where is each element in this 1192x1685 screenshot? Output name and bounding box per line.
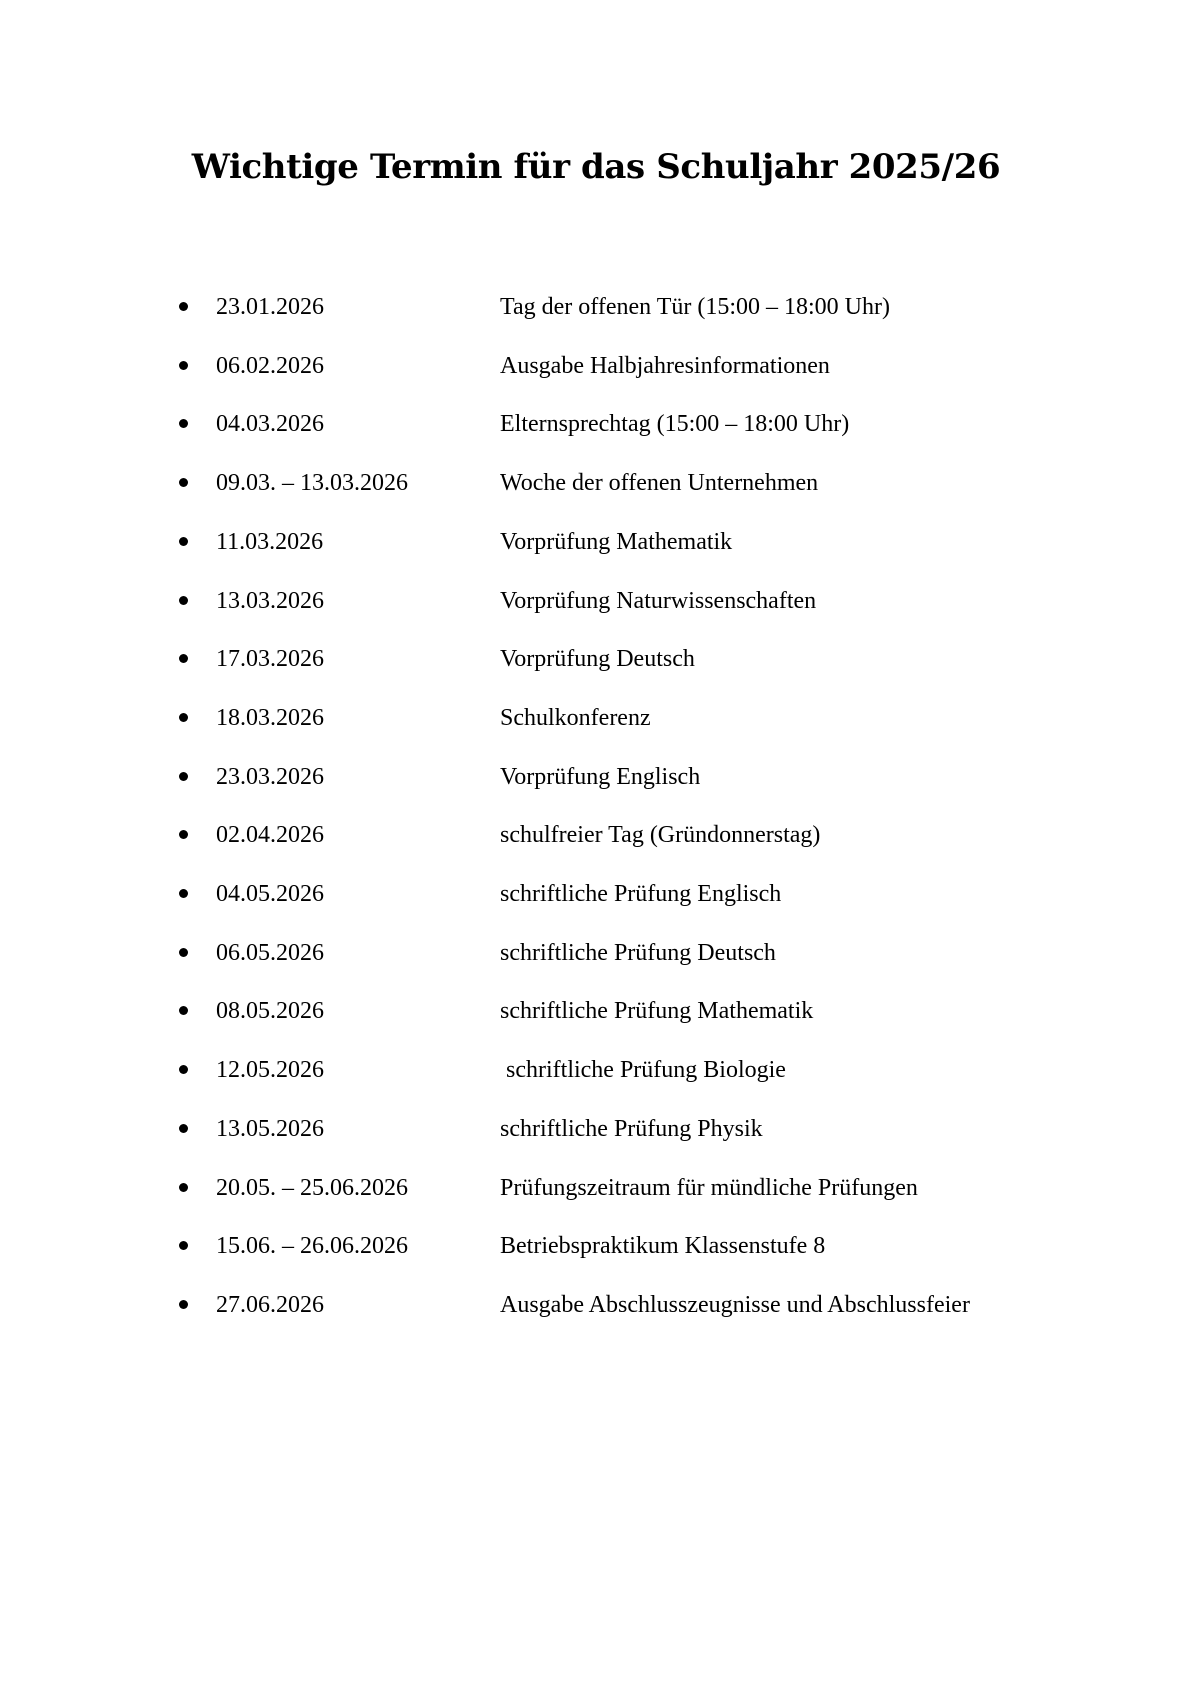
event-date: 04.03.2026 [216,404,324,444]
document-page: Wichtige Termin für das Schuljahr 2025/2… [0,0,1192,1685]
event-date: 04.05.2026 [216,874,324,914]
event-description: Prüfungszeitraum für mündliche Prüfungen [500,1168,918,1208]
event-description: Schulkonferenz [500,698,651,738]
event-date: 17.03.2026 [216,639,324,679]
event-item: 11.03.2026 Vorprüfung Mathematik [0,522,1192,562]
event-item: 04.03.2026 Elternsprechtag (15:00 – 18:0… [0,404,1192,444]
event-description: schriftliche Prüfung Biologie [500,1050,786,1090]
page-title: Wichtige Termin für das Schuljahr 2025/2… [0,143,1192,191]
event-item: 12.05.2026 schriftliche Prüfung Biologie [0,1050,1192,1090]
event-item: 18.03.2026 Schulkonferenz [0,698,1192,738]
event-description: Vorprüfung Mathematik [500,522,732,562]
event-date: 18.03.2026 [216,698,324,738]
event-description: Ausgabe Halbjahresinformationen [500,346,830,386]
event-description: schriftliche Prüfung Physik [500,1109,763,1149]
event-item: 27.06.2026 Ausgabe Abschlusszeugnisse un… [0,1285,1192,1325]
event-description: Woche der offenen Unternehmen [500,463,818,503]
event-date: 09.03. – 13.03.2026 [216,463,408,503]
event-description: Vorprüfung Englisch [500,757,700,797]
event-description: Vorprüfung Deutsch [500,639,695,679]
event-description: schriftliche Prüfung Englisch [500,874,781,914]
event-date: 27.06.2026 [216,1285,324,1325]
event-item: 23.03.2026 Vorprüfung Englisch [0,757,1192,797]
event-description: schulfreier Tag (Gründonnerstag) [500,815,820,855]
event-description: Elternsprechtag (15:00 – 18:00 Uhr) [500,404,849,444]
event-date: 11.03.2026 [216,522,323,562]
event-description: schriftliche Prüfung Deutsch [500,933,776,973]
event-date: 20.05. – 25.06.2026 [216,1168,408,1208]
event-date: 06.02.2026 [216,346,324,386]
event-item: 15.06. – 26.06.2026 Betriebspraktikum Kl… [0,1226,1192,1266]
event-item: 13.05.2026 schriftliche Prüfung Physik [0,1109,1192,1149]
event-date: 13.05.2026 [216,1109,324,1149]
event-date: 23.03.2026 [216,757,324,797]
event-item: 06.05.2026 schriftliche Prüfung Deutsch [0,933,1192,973]
event-item: 17.03.2026 Vorprüfung Deutsch [0,639,1192,679]
event-description: Ausgabe Abschlusszeugnisse und Abschluss… [500,1285,970,1325]
event-description: Betriebspraktikum Klassenstufe 8 [500,1226,825,1266]
event-date: 08.05.2026 [216,991,324,1031]
event-date: 13.03.2026 [216,581,324,621]
event-date: 15.06. – 26.06.2026 [216,1226,408,1266]
event-description: Tag der offenen Tür (15:00 – 18:00 Uhr) [500,287,890,327]
event-date: 12.05.2026 [216,1050,324,1090]
event-item: 02.04.2026 schulfreier Tag (Gründonnerst… [0,815,1192,855]
event-item: 04.05.2026 schriftliche Prüfung Englisch [0,874,1192,914]
event-item: 08.05.2026 schriftliche Prüfung Mathemat… [0,991,1192,1031]
event-description: Vorprüfung Naturwissenschaften [500,581,816,621]
event-item: 06.02.2026 Ausgabe Halbjahresinformation… [0,346,1192,386]
event-description: schriftliche Prüfung Mathematik [500,991,813,1031]
event-item: 09.03. – 13.03.2026 Woche der offenen Un… [0,463,1192,503]
event-date: 02.04.2026 [216,815,324,855]
event-date: 06.05.2026 [216,933,324,973]
event-item: 20.05. – 25.06.2026 Prüfungszeitraum für… [0,1168,1192,1208]
event-date: 23.01.2026 [216,287,324,327]
event-item: 23.01.2026 Tag der offenen Tür (15:00 – … [0,287,1192,327]
event-item: 13.03.2026 Vorprüfung Naturwissenschafte… [0,581,1192,621]
